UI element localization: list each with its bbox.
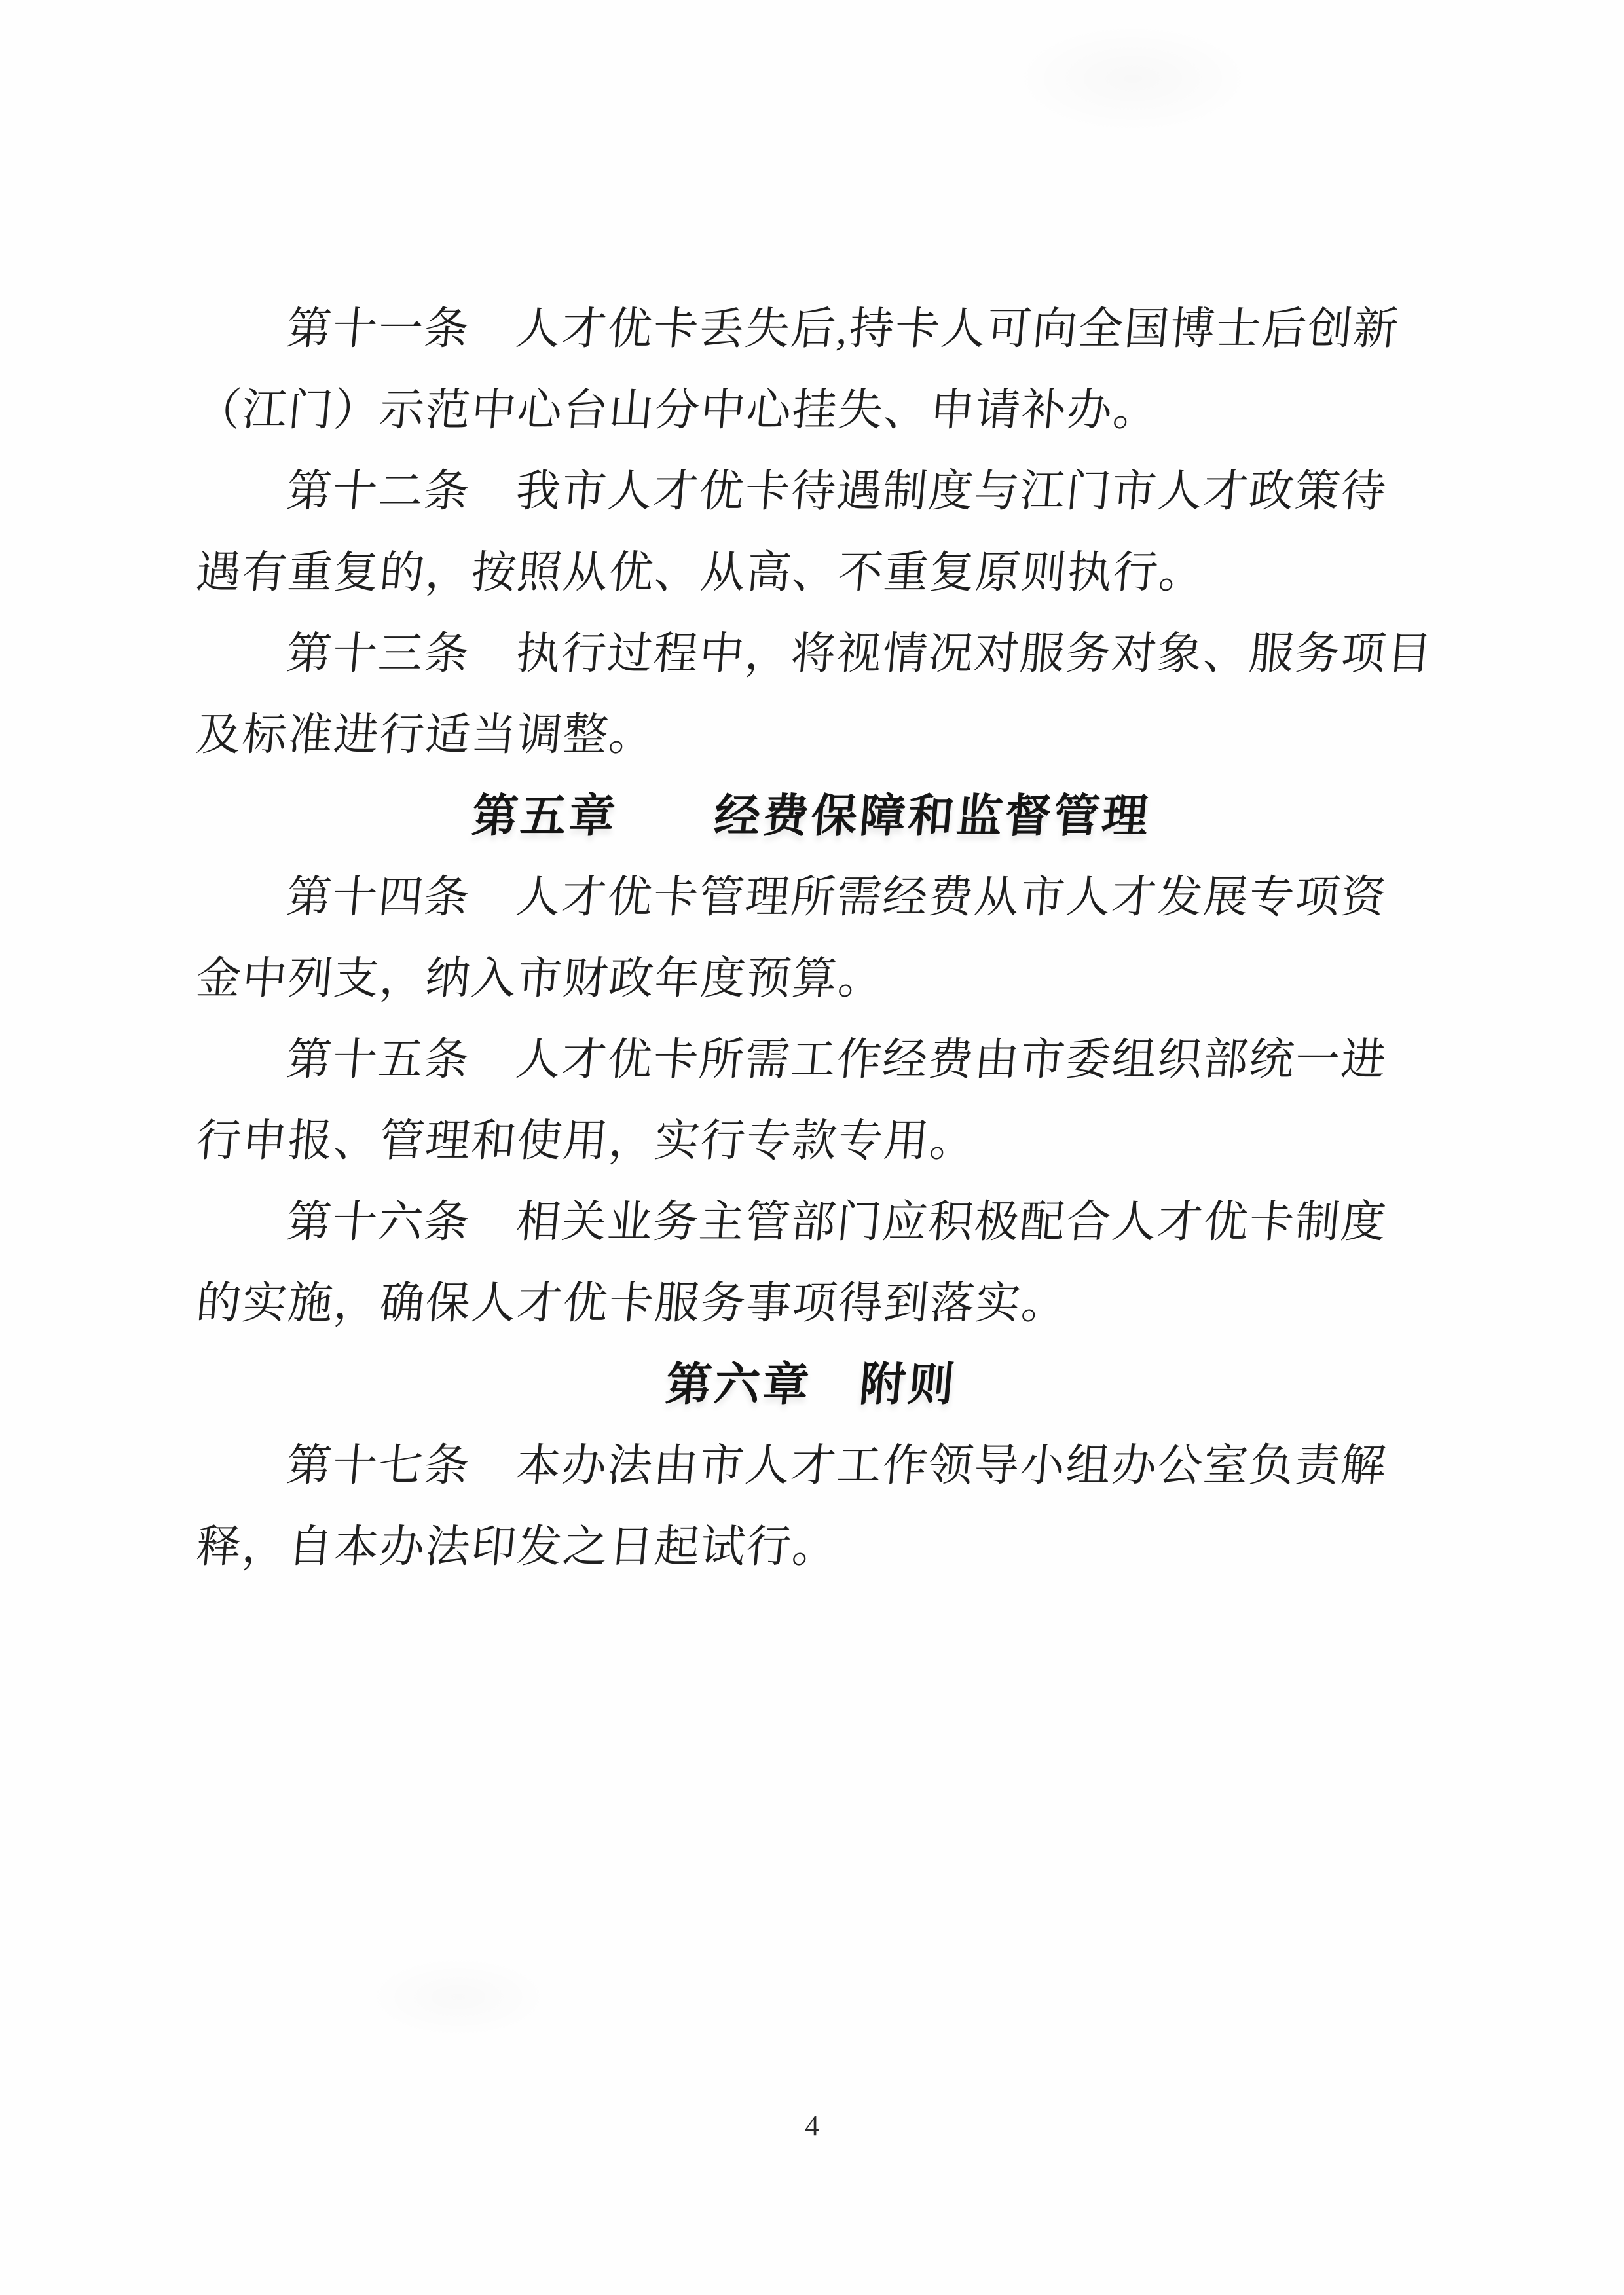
article-14-line-1: 第十四条 人才优卡管理所需经费从市人才发展专项资 — [193, 856, 1430, 938]
text-block: 第十一条 人才优卡丢失后,持卡人可向全国博士后创新 （江门）示范中心台山分中心挂… — [196, 288, 1426, 1587]
article-12-line-2: 遇有重复的，按照从优、从高、不重复原则执行。 — [193, 532, 1430, 613]
article-15-line-2: 行申报、管理和使用，实行专款专用。 — [193, 1100, 1430, 1181]
chapter-5-heading: 第五章 经费保障和监督管理 — [193, 775, 1430, 856]
article-16-line-1: 第十六条 相关业务主管部门应积极配合人才优卡制度 — [193, 1181, 1430, 1262]
article-13-line-1: 第十三条 执行过程中，将视情况对服务对象、服务项目 — [193, 613, 1430, 694]
article-16-line-2: 的实施，确保人才优卡服务事项得到落实。 — [193, 1262, 1430, 1344]
article-13-line-2: 及标准进行适当调整。 — [193, 694, 1430, 775]
article-11-line-1: 第十一条 人才优卡丢失后,持卡人可向全国博士后创新 — [193, 288, 1430, 369]
article-14-line-2: 金中列支，纳入市财政年度预算。 — [193, 938, 1430, 1019]
article-12-line-1: 第十二条 我市人才优卡待遇制度与江门市人才政策待 — [193, 450, 1430, 532]
document-page: 第十一条 人才优卡丢失后,持卡人可向全国博士后创新 （江门）示范中心台山分中心挂… — [0, 0, 1624, 2295]
article-17-line-2: 释，自本办法印发之日起试行。 — [193, 1506, 1430, 1587]
article-15-line-1: 第十五条 人才优卡所需工作经费由市委组织部统一进 — [193, 1019, 1430, 1100]
article-17-line-1: 第十七条 本办法由市人才工作领导小组办公室负责解 — [193, 1425, 1430, 1506]
article-11-line-2: （江门）示范中心台山分中心挂失、申请补办。 — [193, 369, 1430, 450]
chapter-6-heading: 第六章 附则 — [193, 1344, 1430, 1425]
page-number: 4 — [0, 2110, 1624, 2142]
